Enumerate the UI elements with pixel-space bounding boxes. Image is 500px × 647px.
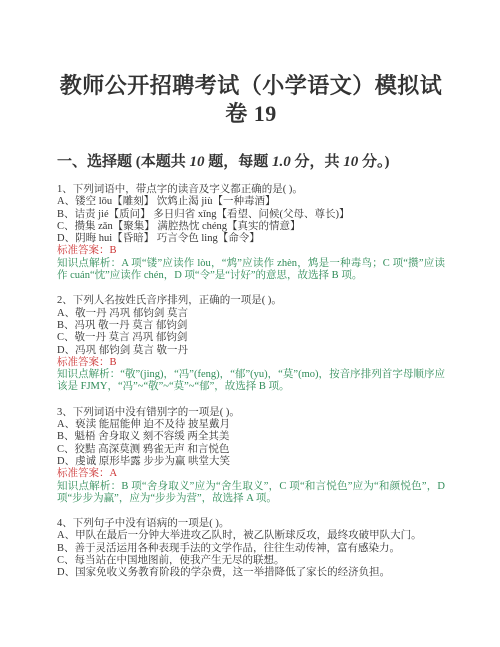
option-line: C、每当站在中国地图前，使我产生无尽的联想。 [57,555,445,567]
option-line: B、善于灵活运用各种表现手法的文学作品，往往生动传神，富有感染力。 [57,543,445,555]
section-points-total: 10 [343,154,358,170]
answer-label: 标准答案： [57,357,110,368]
section-heading-text: 一、选择题 (本题共 [57,154,190,170]
question-stem: 3、下列词语中没有错别字的一项是( )。 [57,407,445,419]
analysis-label: 知识点解析： [57,258,121,269]
option-line: D、国家免收义务教育阶段的学杂费，这一举措降低了家长的经济负担。 [57,567,445,579]
option-line: D、虔诚 原形毕露 步步为赢 哄堂大笑 [57,456,445,468]
answer-value: B [110,245,117,256]
analysis-line: 知识点解析：B 项“舍身取义”应为“舍生取义”，C 项“和言悦色”应为“和颜悦色… [57,481,445,506]
option-list: A、甲队在最后一分钟大举进攻乙队时，被乙队断球反攻，最终攻破甲队大门。B、善于灵… [57,530,445,579]
answer-label: 标准答案： [57,468,110,479]
question-stem: 2、下列人名按姓氏音序排列，正确的一项是( )。 [57,295,445,307]
section-heading-text: 分。) [358,154,389,170]
option-list: A、镂空 lōu【雕刻】 饮鸩止渴 jiù【一种毒酒】B、诘责 jié【质问】 … [57,196,445,245]
section-heading: 一、选择题 (本题共 10 题，每题 1.0 分，共 10 分。) [57,150,445,171]
analysis-line: 知识点解析：“敬”(jing)，“冯”(feng)，“郁”(yu)，“莫”(mo… [57,369,445,394]
question-block: 4、下列句子中没有语病的一项是( )。 A、甲队在最后一分钟大举进攻乙队时，被乙… [57,518,445,579]
answer-label: 标准答案： [57,245,110,256]
question-block: 3、下列词语中没有错别字的一项是( )。 A、亵渎 能屈能伸 迫不及待 披星戴月… [57,407,445,505]
option-line: D、冯巩 郁钧剑 莫言 敬一丹 [57,345,445,357]
answer-line: 标准答案：A [57,468,445,480]
option-list: A、亵渎 能屈能伸 迫不及待 披星戴月B、魁梧 舍身取义 刻不容缓 两全其美C、… [57,419,445,468]
section-count: 10 [190,154,205,170]
option-line: B、诘责 jié【质问】 多日归省 xǐng【看望、问候(父母、尊长)】 [57,209,445,221]
question-stem: 4、下列句子中没有语病的一项是( )。 [57,518,445,530]
question-block: 2、下列人名按姓氏音序排列，正确的一项是( )。 A、敬一丹 冯巩 郁钧剑 莫言… [57,295,445,393]
option-line: B、冯巩 敬一丹 莫言 郁钧剑 [57,320,445,332]
page-title: 教师公开招聘考试（小学语文）模拟试 卷 19 [57,72,445,128]
document-page: 教师公开招聘考试（小学语文）模拟试 卷 19 一、选择题 (本题共 10 题，每… [0,0,500,647]
analysis-line: 知识点解析：A 项“镂”应读作 lòu，“鸩”应读作 zhèn，鸩是一种毒鸟；C… [57,258,445,283]
answer-value: A [110,468,118,479]
answer-line: 标准答案：B [57,357,445,369]
analysis-label: 知识点解析： [57,481,121,492]
answer-value: B [110,357,117,368]
section-heading-text: 分，共 [291,154,344,170]
option-line: B、魁梧 舍身取义 刻不容缓 两全其美 [57,431,445,443]
question-list: 1、下列词语中，带点字的读音及字义都正确的是( )。 A、镂空 lōu【雕刻】 … [57,184,445,580]
analysis-label: 知识点解析： [57,369,120,380]
section-heading-text: 题，每题 [205,154,273,170]
page-title-line2: 卷 19 [57,100,445,128]
option-line: C、攒集 zǎn【聚集】 满腔热忱 chéng【真实的情意】 [57,221,445,233]
option-line: C、狡黠 高深莫测 鸦雀无声 和言悦色 [57,444,445,456]
answer-line: 标准答案：B [57,245,445,257]
option-line: D、阴晦 hui【昏暗】 巧言令色 ling【命令】 [57,233,445,245]
option-line: C、敬一丹 莫言 冯巩 郁钧剑 [57,332,445,344]
question-block: 1、下列词语中，带点字的读音及字义都正确的是( )。 A、镂空 lōu【雕刻】 … [57,184,445,282]
option-line: A、亵渎 能屈能伸 迫不及待 披星戴月 [57,419,445,431]
option-line: A、敬一丹 冯巩 郁钧剑 莫言 [57,308,445,320]
page-title-line1: 教师公开招聘考试（小学语文）模拟试 [57,72,445,100]
section-points-each: 1.0 [272,154,291,170]
option-line: A、镂空 lōu【雕刻】 饮鸩止渴 jiù【一种毒酒】 [57,196,445,208]
option-list: A、敬一丹 冯巩 郁钧剑 莫言B、冯巩 敬一丹 莫言 郁钧剑C、敬一丹 莫言 冯… [57,308,445,357]
option-line: A、甲队在最后一分钟大举进攻乙队时，被乙队断球反攻，最终攻破甲队大门。 [57,530,445,542]
question-stem: 1、下列词语中，带点字的读音及字义都正确的是( )。 [57,184,445,196]
